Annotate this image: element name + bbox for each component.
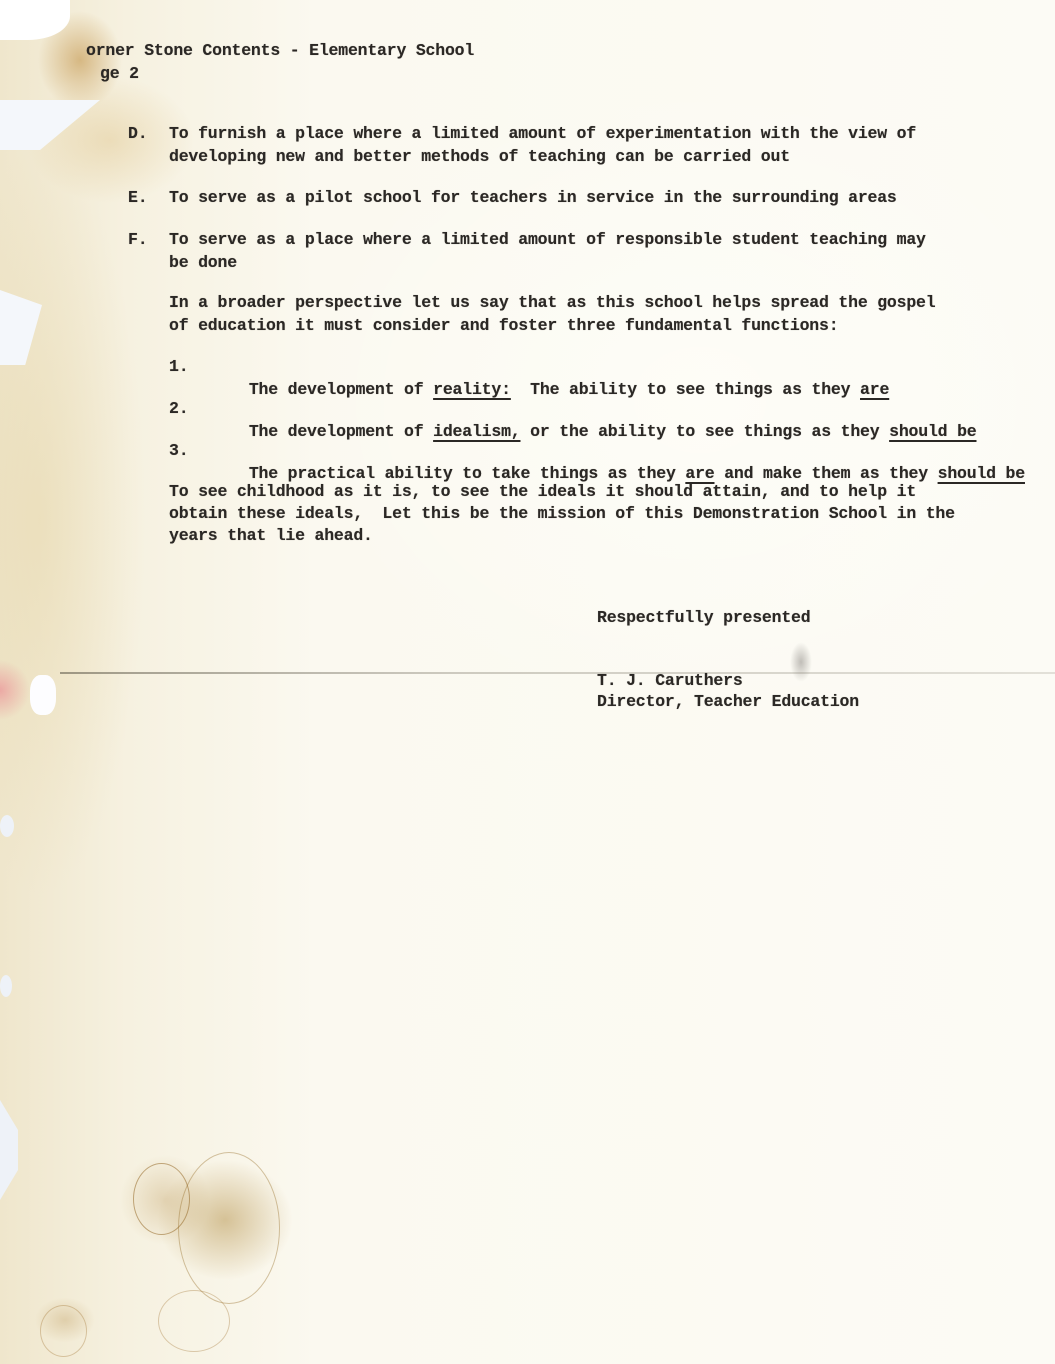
item-marker-d: D.: [128, 122, 147, 145]
closing: Respectfully presented: [597, 606, 810, 629]
item-d-line-1: To furnish a place where a limited amoun…: [169, 122, 916, 145]
torn-edge: [0, 0, 70, 40]
item-f-line-1: To serve as a place where a limited amou…: [169, 228, 926, 251]
mission-line-3: years that lie ahead.: [169, 524, 373, 547]
function-marker-3: 3.: [169, 439, 188, 462]
stain-ring: [40, 1305, 87, 1357]
document-page: orner Stone Contents - Elementary School…: [0, 0, 1055, 1364]
torn-edge: [0, 100, 100, 150]
perspective-line-1: In a broader perspective let us say that…: [169, 291, 935, 314]
function-marker-2: 2.: [169, 397, 188, 420]
underlined-should-be: should be: [938, 464, 1025, 483]
item-f-line-2: be done: [169, 251, 237, 274]
mission-line-2: obtain these ideals, Let this be the mis…: [169, 502, 955, 525]
signer-title: Director, Teacher Education: [597, 690, 859, 713]
item-d-line-2: developing new and better methods of tea…: [169, 145, 790, 168]
stain-ring: [158, 1290, 230, 1352]
torn-edge: [0, 1100, 18, 1200]
item-marker-f: F.: [128, 228, 147, 251]
function-marker-1: 1.: [169, 355, 188, 378]
signer-name: T. J. Caruthers: [597, 669, 743, 692]
torn-edge: [0, 815, 14, 837]
torn-edge: [0, 975, 12, 997]
page-number: ge 2: [100, 62, 139, 85]
perspective-line-2: of education it must consider and foster…: [169, 314, 838, 337]
item-e-line-1: To serve as a pilot school for teachers …: [169, 186, 897, 209]
torn-edge: [0, 290, 42, 365]
stain-ring: [178, 1152, 280, 1304]
document-title: orner Stone Contents - Elementary School: [86, 39, 474, 62]
mission-line-1: To see childhood as it is, to see the id…: [169, 480, 916, 503]
item-marker-e: E.: [128, 186, 147, 209]
fold-crease: [60, 672, 1055, 674]
torn-edge: [30, 675, 56, 715]
ink-smudge: [790, 642, 812, 682]
